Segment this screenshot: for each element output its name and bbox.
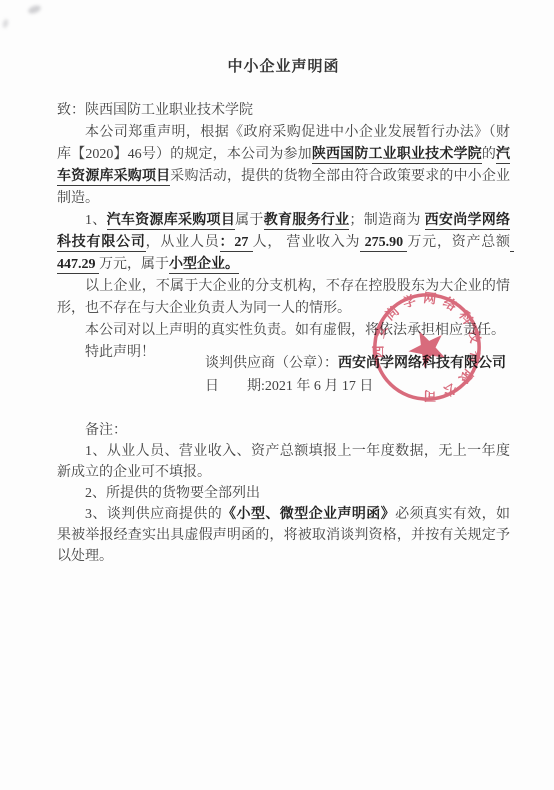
text-segment: 人， 营业收入为 xyxy=(253,235,361,250)
date-line: 日 期:2021 年 6 月 17 日 xyxy=(205,375,525,398)
supplier-name: 西安尚学网络科技有限公司 xyxy=(338,356,506,371)
paragraph-branch-statement: 以上企业，不属于大企业的分支机构，不存在控股股东为大企业的情形，也不存在与大企业… xyxy=(57,276,510,320)
scan-artifact xyxy=(27,4,42,15)
text-segment: ，从业人员 xyxy=(146,235,220,250)
text-segment: 3、谈判供应商提供的 xyxy=(85,507,222,522)
note-2: 2、所提供的货物要全部列出 xyxy=(57,483,510,504)
note-3: 3、谈判供应商提供的《小型、微型企业声明函》必须真实有效，如果被举报经查实出具虚… xyxy=(57,504,510,567)
employee-count: ：27 xyxy=(220,235,253,252)
supplier-label: 谈判供应商（公章）： xyxy=(205,356,338,371)
paragraph-enterprise-info: 1、汽车资源库采购项目属于教育服务行业；制造商为 西安尚学网络科技有限公司，从业… xyxy=(57,210,510,276)
recipient-line: 致：陕西国防工业职业技术学院 xyxy=(57,100,510,122)
note-1: 1、从业人员、营业收入、资产总额填报上一年度数据，无上一年度新成立的企业可不填报… xyxy=(57,441,510,483)
paragraph-declaration: 本公司郑重声明，根据《政府采购促进中小企业发展暂行办法》（财库【2020】46号… xyxy=(57,122,510,210)
supplier-line: 谈判供应商（公章）：西安尚学网络科技有限公司 xyxy=(205,352,525,375)
notes-block: 备注： 1、从业人员、营业收入、资产总额填报上一年度数据，无上一年度新成立的企业… xyxy=(57,420,510,567)
industry-name: 教育服务行业 xyxy=(264,213,350,230)
scan-artifact xyxy=(2,19,9,29)
page-title: 中小企业声明函 xyxy=(57,55,510,76)
signature-block: 谈判供应商（公章）：西安尚学网络科技有限公司 日 期:2021 年 6 月 17… xyxy=(205,352,525,398)
revenue-value: 275.90 xyxy=(360,235,407,252)
purchaser-name: 陕西国防工业职业技术学院 xyxy=(312,147,482,164)
text-segment: 属于 xyxy=(235,213,264,228)
document-page: 中小企业声明函 致：陕西国防工业职业技术学院 本公司郑重声明，根据《政府采购促进… xyxy=(0,0,554,790)
project-name: 汽车资源库采购项目 xyxy=(107,213,236,230)
enterprise-type: 小型企业。 xyxy=(169,257,239,274)
text-segment: 1、 xyxy=(85,213,107,228)
notes-header: 备注： xyxy=(57,420,510,441)
text-segment: 的 xyxy=(482,147,496,162)
declaration-doc-name: 《小型、微型企业声明函》 xyxy=(222,507,395,522)
text-segment: 万元，资产总额 xyxy=(407,235,510,250)
paragraph-responsibility: 本公司对以上声明的真实性负责。如有虚假，将依法承担相应责任。 xyxy=(57,320,510,342)
letter-body: 致：陕西国防工业职业技术学院 本公司郑重声明，根据《政府采购促进中小企业发展暂行… xyxy=(57,100,510,364)
text-segment: ；制造商为 xyxy=(349,213,424,228)
text-segment: 万元，属于 xyxy=(99,257,169,272)
